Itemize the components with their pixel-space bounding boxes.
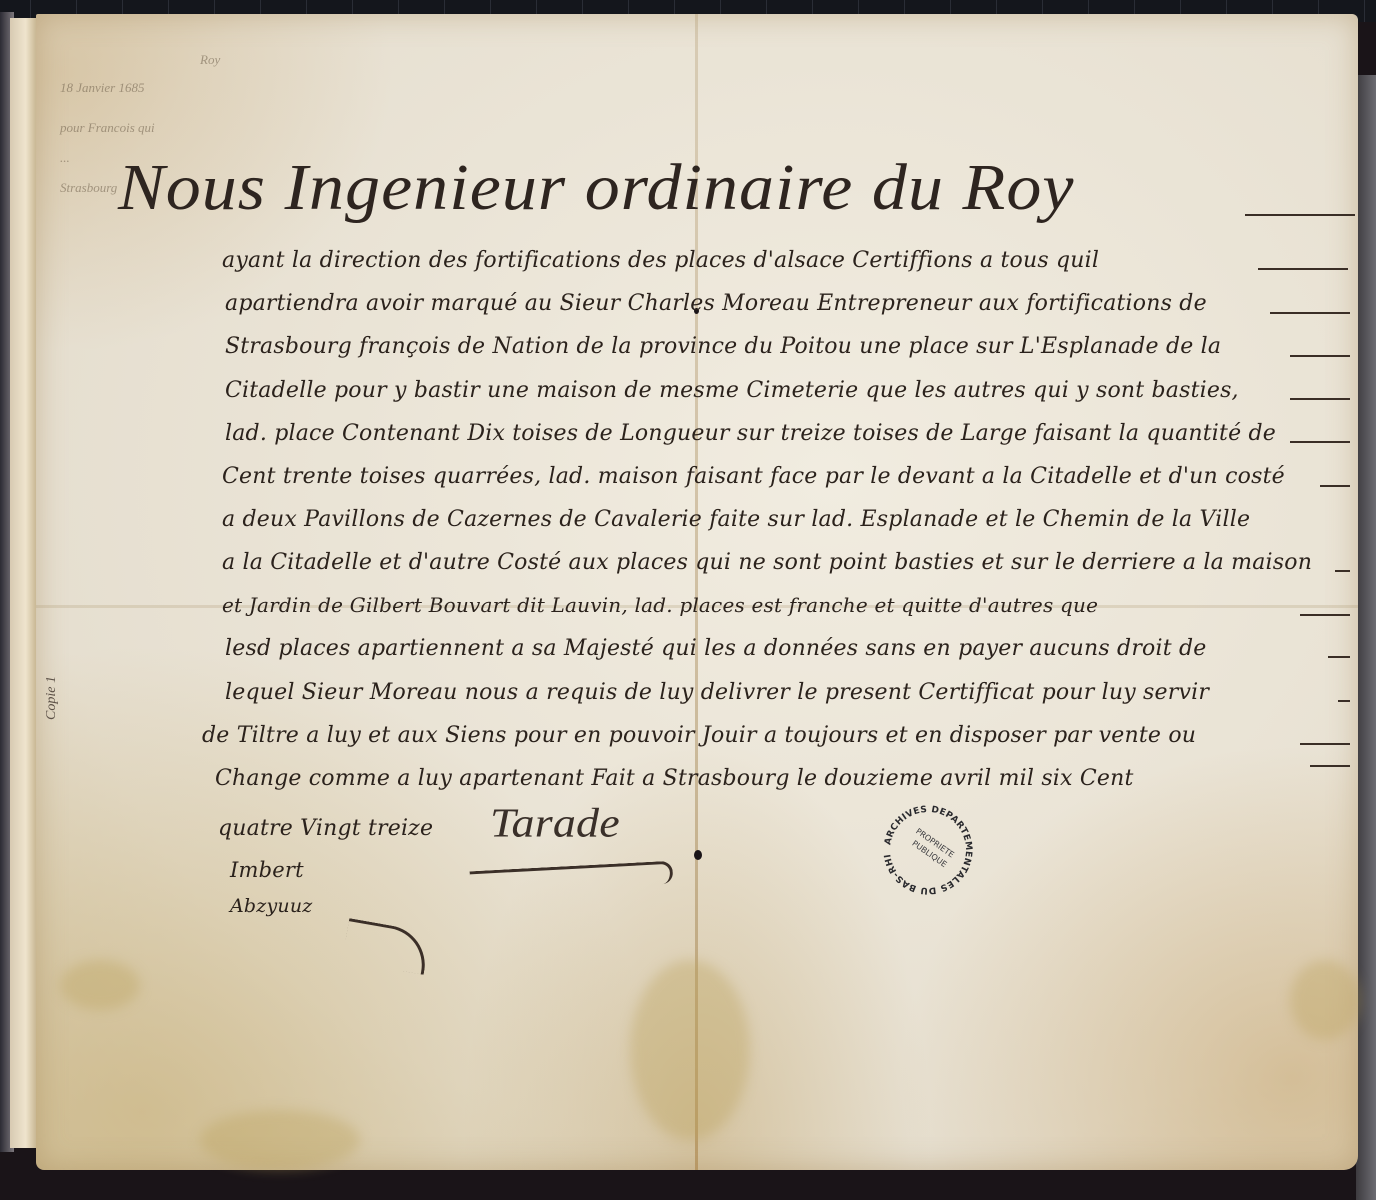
body-line: Strasbourg françois de Nation de la prov… xyxy=(225,334,1221,359)
document-title: Nous Ingenieur ordinaire du Roy xyxy=(118,150,1074,226)
body-line: Change comme a luy apartenant Fait a Str… xyxy=(215,766,1134,791)
line-end-dash xyxy=(1270,312,1350,314)
stain xyxy=(1290,960,1360,1040)
closing-line: quatre Vingt treize xyxy=(218,816,433,841)
body-line: lesd places apartiennent a sa Majesté qu… xyxy=(225,636,1206,661)
stain xyxy=(200,1110,360,1170)
line-end-dash xyxy=(1258,268,1348,270)
signature-main: Tarade xyxy=(490,799,620,847)
body-line: a deux Pavillons de Cazernes de Cavaleri… xyxy=(222,507,1250,532)
line-end-dash xyxy=(1320,485,1350,487)
body-line: lequel Sieur Moreau nous a requis de luy… xyxy=(225,680,1209,705)
body-line: ayant la direction des fortifications de… xyxy=(222,248,1099,273)
binding-strip xyxy=(10,18,38,1148)
side-annotation: Copie 1 xyxy=(44,676,60,720)
line-end-dash xyxy=(1300,614,1350,616)
body-line: apartiendra avoir marqué au Sieur Charle… xyxy=(225,291,1207,316)
line-end-dash xyxy=(1290,398,1350,400)
margin-note: Roy xyxy=(200,52,220,68)
body-line: de Tiltre a luy et aux Siens pour en pou… xyxy=(202,723,1196,748)
margin-note: Strasbourg xyxy=(60,180,117,196)
margin-note: pour Francois qui xyxy=(60,120,155,136)
body-line: a la Citadelle et d'autre Costé aux plac… xyxy=(222,550,1312,575)
line-end-dash xyxy=(1338,700,1350,702)
line-end-dash xyxy=(1300,743,1350,745)
line-end-dash xyxy=(1310,765,1350,767)
line-end-dash xyxy=(1335,570,1350,572)
punch-hole xyxy=(694,850,702,860)
margin-note: ... xyxy=(60,150,70,166)
line-end-dash xyxy=(1290,355,1350,357)
line-end-dash xyxy=(1290,441,1350,443)
body-line: lad. place Contenant Dix toises de Longu… xyxy=(225,421,1276,446)
body-line: Cent trente toises quarrées, lad. maison… xyxy=(222,464,1285,489)
stain xyxy=(630,960,750,1140)
scanner-backdrop-right xyxy=(1356,75,1376,1200)
archive-stamp: ARCHIVES DEPARTEMENTALES DU BAS-RHIN PRO… xyxy=(878,800,978,900)
signature-secondary: Abzyuuz xyxy=(230,895,313,917)
signature-secondary: Imbert xyxy=(230,858,304,882)
stain xyxy=(60,960,140,1010)
line-end-dash xyxy=(1328,656,1350,658)
title-flourish xyxy=(1245,214,1355,216)
body-line: et Jardin de Gilbert Bouvart dit Lauvin,… xyxy=(222,593,1098,617)
margin-note: 18 Janvier 1685 xyxy=(60,80,144,96)
body-line: Citadelle pour y bastir une maison de me… xyxy=(225,378,1239,403)
